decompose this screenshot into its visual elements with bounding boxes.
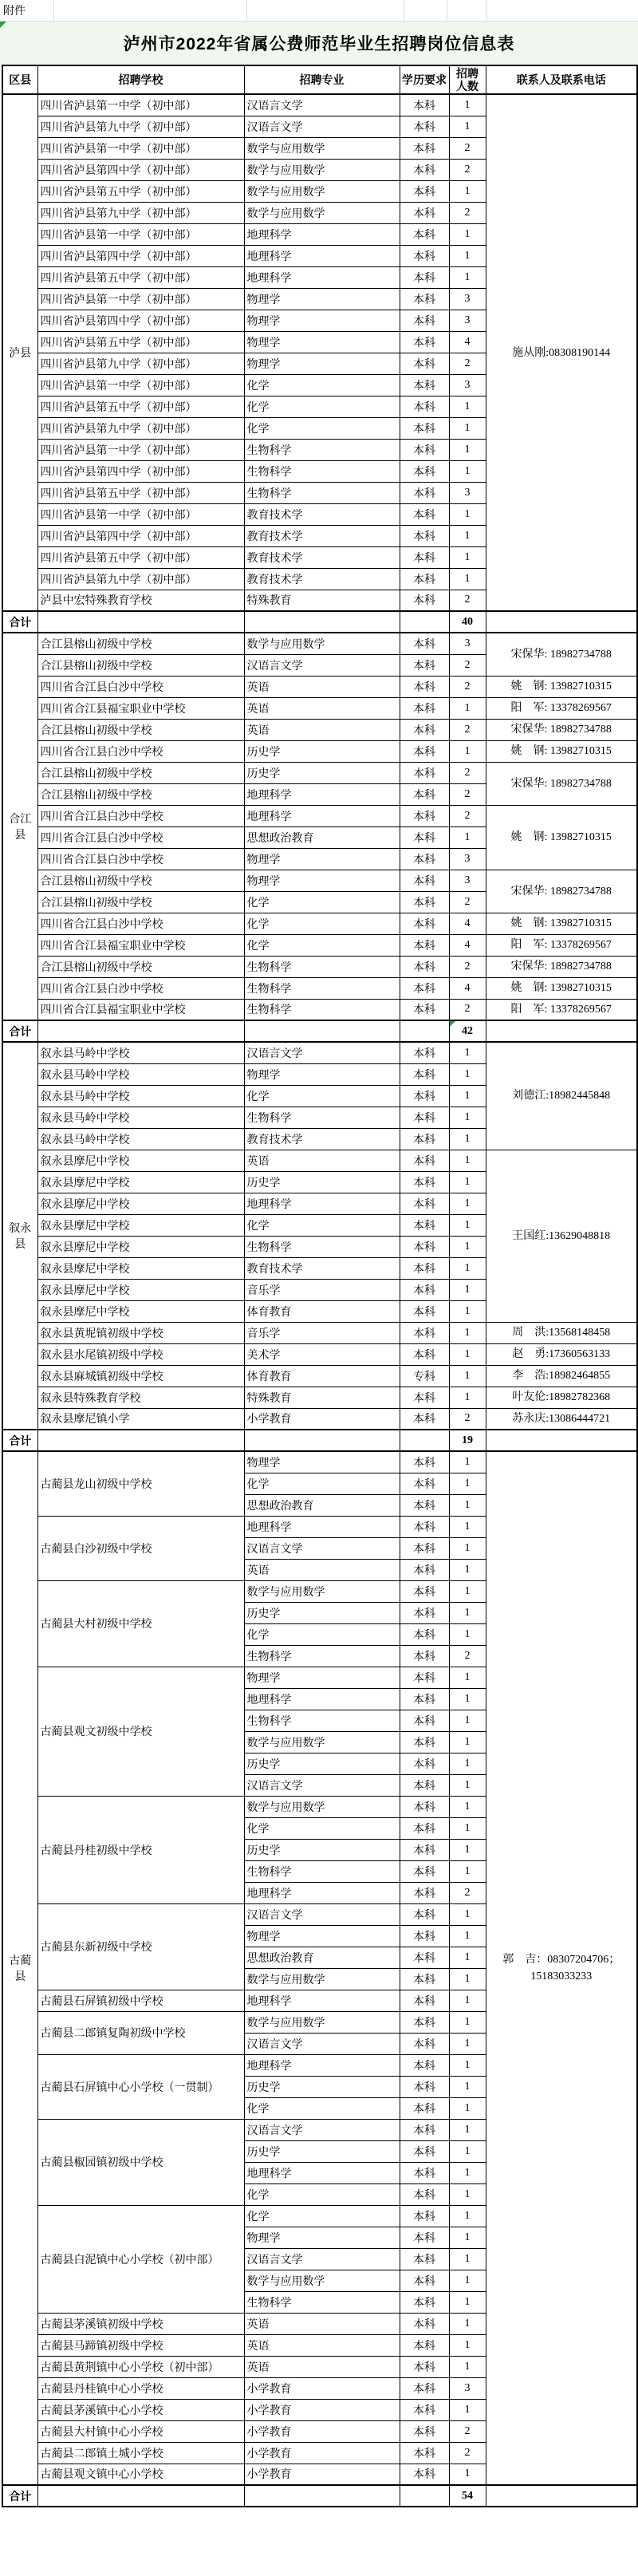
degree-cell: 本科	[400, 1343, 449, 1365]
school-cell: 四川省合江县白沙中学校	[37, 676, 244, 697]
major-cell: 历史学	[244, 1753, 400, 1774]
count-cell: 1	[449, 2248, 486, 2270]
school-cell: 合江县榕山初级中学校	[37, 870, 244, 891]
subtotal-count: 42	[449, 1020, 486, 1042]
count-cell: 1	[449, 525, 486, 546]
degree-cell: 本科	[400, 1085, 449, 1107]
major-cell: 汉语言文学	[244, 1774, 400, 1796]
degree-cell: 本科	[400, 2442, 449, 2464]
contact-cell: 宋保华: 18982734788	[486, 762, 637, 805]
school-cell: 四川省合江县福宝职业中学校	[37, 999, 244, 1020]
count-cell: 1	[449, 2119, 486, 2140]
school-cell: 四川省泸县第一中学（初中部）	[37, 137, 244, 159]
degree-cell: 本科	[400, 2399, 449, 2420]
degree-cell: 本科	[400, 1387, 449, 1408]
school-cell: 叙永县摩尼中学校	[37, 1214, 244, 1236]
school-cell: 叙永县摩尼中学校	[37, 1257, 244, 1279]
major-cell: 化学	[244, 417, 400, 439]
count-cell: 1	[449, 546, 486, 568]
major-cell: 英语	[244, 2356, 400, 2377]
count-cell: 2	[449, 676, 486, 697]
count-cell: 2	[449, 805, 486, 826]
count-cell: 2	[449, 762, 486, 783]
school-cell: 古蔺县白沙初级中学校	[37, 1516, 244, 1580]
count-cell: 1	[449, 1968, 486, 1990]
count-cell: 1	[449, 2291, 486, 2313]
major-cell: 物理学	[244, 1667, 400, 1688]
major-cell: 教育技术学	[244, 1257, 400, 1279]
count-cell: 1	[449, 1257, 486, 1279]
degree-cell: 本科	[400, 719, 449, 740]
count-cell: 1	[449, 1214, 486, 1236]
major-cell: 化学	[244, 891, 400, 913]
table-row: 合江县榕山初级中学校物理学本科3宋保华: 18982734788	[2, 870, 637, 891]
degree-cell: 本科	[400, 590, 449, 611]
attachment-label: 附件	[3, 2, 26, 18]
count-cell: 1	[449, 1063, 486, 1085]
major-cell: 汉语言文学	[244, 654, 400, 676]
school-cell: 叙永县马岭中学校	[37, 1063, 244, 1085]
school-cell: 叙永县马岭中学校	[37, 1107, 244, 1128]
school-cell: 古蔺县二郎镇复陶初级中学校	[37, 2011, 244, 2054]
school-cell: 古蔺县观文初级中学校	[37, 1667, 244, 1796]
degree-cell: 本科	[400, 2291, 449, 2313]
degree-cell: 本科	[400, 1322, 449, 1343]
count-cell: 1	[449, 1494, 486, 1516]
major-cell: 思想政治教育	[244, 1947, 400, 1968]
major-cell: 音乐学	[244, 1279, 400, 1300]
degree-cell: 本科	[400, 1882, 449, 1903]
degree-cell: 本科	[400, 266, 449, 288]
count-cell: 1	[449, 2097, 486, 2119]
degree-cell: 本科	[400, 2011, 449, 2033]
major-cell: 地理科学	[244, 805, 400, 826]
count-cell: 2	[449, 202, 486, 223]
major-cell: 数学与应用数学	[244, 159, 400, 180]
major-cell: 地理科学	[244, 1516, 400, 1537]
major-cell: 化学	[244, 934, 400, 956]
count-cell: 1	[449, 1387, 486, 1408]
subtotal-row: 合计40	[2, 611, 637, 633]
subtotal-count: 19	[449, 1430, 486, 1451]
major-cell: 生物科学	[244, 439, 400, 460]
school-cell: 合江县榕山初级中学校	[37, 783, 244, 805]
major-cell: 数学与应用数学	[244, 1580, 400, 1602]
degree-cell: 本科	[400, 826, 449, 848]
school-cell: 叙永县摩尼中学校	[37, 1300, 244, 1322]
count-cell: 1	[449, 1042, 486, 1063]
school-cell: 四川省泸县第五中学（初中部）	[37, 331, 244, 353]
major-cell: 小学教育	[244, 2399, 400, 2420]
contact-cell: 姚 钢: 13982710315	[486, 977, 637, 999]
count-cell: 3	[449, 870, 486, 891]
major-cell: 生物科学	[244, 977, 400, 999]
school-cell: 古蔺县石屏镇初级中学校	[37, 1990, 244, 2011]
degree-cell: 本科	[400, 223, 449, 245]
count-cell: 1	[449, 2270, 486, 2291]
degree-cell: 本科	[400, 1990, 449, 2011]
table-row: 叙永县麻城镇初级中学校体育教育专科1李 浩:18982464855	[2, 1365, 637, 1387]
major-cell: 历史学	[244, 2140, 400, 2162]
count-cell: 1	[449, 2205, 486, 2227]
count-cell: 1	[449, 1667, 486, 1688]
contact-cell: 叶友伦:18982782368	[486, 1387, 637, 1408]
count-cell: 2	[449, 590, 486, 611]
count-cell: 1	[449, 1796, 486, 1817]
major-cell: 化学	[244, 1085, 400, 1107]
degree-cell: 本科	[400, 1257, 449, 1279]
major-cell: 生物科学	[244, 1860, 400, 1882]
count-cell: 1	[449, 1688, 486, 1710]
subtotal-count: 40	[449, 611, 486, 633]
degree-cell: 本科	[400, 783, 449, 805]
major-cell: 历史学	[244, 740, 400, 762]
contact-cell: 宋保华: 18982734788	[486, 870, 637, 913]
count-cell: 1	[449, 2162, 486, 2183]
count-cell: 1	[449, 2334, 486, 2356]
contact-cell: 赵 勇:17360563133	[486, 1343, 637, 1365]
count-cell: 1	[449, 1990, 486, 2011]
count-cell: 2	[449, 1645, 486, 1667]
degree-cell: 本科	[400, 2356, 449, 2377]
major-cell: 英语	[244, 697, 400, 719]
county-cell: 合江县	[2, 633, 37, 1020]
count-cell: 1	[449, 94, 486, 116]
school-cell: 叙永县摩尼中学校	[37, 1279, 244, 1300]
degree-cell: 本科	[400, 633, 449, 654]
table-row: 叙永县摩尼中学校英语本科1王国红:13629048818	[2, 1150, 637, 1171]
col-header-contact: 联系人及联系电话	[486, 65, 637, 94]
major-cell: 小学教育	[244, 2464, 400, 2485]
contact-cell: 阳 军: 13378269567	[486, 697, 637, 719]
empty-cell	[400, 1020, 449, 1042]
count-cell: 1	[449, 1710, 486, 1731]
major-cell: 生物科学	[244, 1236, 400, 1257]
degree-cell: 本科	[400, 1968, 449, 1990]
contact-cell: 周 洪:13568148458	[486, 1322, 637, 1343]
major-cell: 物理学	[244, 848, 400, 870]
school-cell: 叙永县摩尼中学校	[37, 1193, 244, 1214]
degree-cell: 本科	[400, 848, 449, 870]
count-cell: 1	[449, 223, 486, 245]
empty-cell	[400, 2485, 449, 2507]
degree-cell: 本科	[400, 568, 449, 590]
degree-cell: 本科	[400, 245, 449, 266]
major-cell: 生物科学	[244, 956, 400, 977]
major-cell: 化学	[244, 2205, 400, 2227]
count-cell: 1	[449, 1559, 486, 1580]
major-cell: 音乐学	[244, 1322, 400, 1343]
count-cell: 2	[449, 891, 486, 913]
school-cell: 合江县榕山初级中学校	[37, 891, 244, 913]
count-cell: 2	[449, 999, 486, 1020]
degree-cell: 本科	[400, 2140, 449, 2162]
degree-cell: 本科	[400, 1623, 449, 1645]
degree-cell: 本科	[400, 870, 449, 891]
major-cell: 物理学	[244, 2227, 400, 2248]
school-cell: 四川省泸县第一中学（初中部）	[37, 288, 244, 310]
major-cell: 小学教育	[244, 2442, 400, 2464]
degree-cell: 本科	[400, 331, 449, 353]
school-cell: 四川省泸县第一中学（初中部）	[37, 439, 244, 460]
table-row: 叙永县叙永县马岭中学校汉语言文学本科1刘德江:18982445848	[2, 1042, 637, 1063]
major-cell: 化学	[244, 1473, 400, 1494]
degree-cell: 本科	[400, 546, 449, 568]
degree-cell: 本科	[400, 1645, 449, 1667]
degree-cell: 本科	[400, 697, 449, 719]
degree-cell: 本科	[400, 999, 449, 1020]
major-cell: 数学与应用数学	[244, 1796, 400, 1817]
degree-cell: 本科	[400, 805, 449, 826]
degree-cell: 本科	[400, 1516, 449, 1537]
table-row: 四川省合江县白沙中学校生物科学本科4姚 钢: 13982710315	[2, 977, 637, 999]
degree-cell: 本科	[400, 116, 449, 137]
degree-cell: 本科	[400, 1171, 449, 1193]
count-cell: 1	[449, 2399, 486, 2420]
count-cell: 3	[449, 633, 486, 654]
major-cell: 汉语言文学	[244, 2033, 400, 2054]
contact-cell: 姚 钢: 13982710315	[486, 805, 637, 870]
major-cell: 英语	[244, 2313, 400, 2334]
school-cell: 四川省合江县福宝职业中学校	[37, 934, 244, 956]
degree-cell: 本科	[400, 934, 449, 956]
major-cell: 化学	[244, 1817, 400, 1839]
degree-cell: 本科	[400, 1947, 449, 1968]
major-cell: 生物科学	[244, 1710, 400, 1731]
count-cell: 1	[449, 2140, 486, 2162]
table-row: 叙永县摩尼镇小学小学教育本科2苏永庆:13086444721	[2, 1408, 637, 1430]
page-title: 泸州市2022年省属公费师范毕业生招聘岗位信息表	[124, 31, 515, 55]
count-cell: 1	[449, 2356, 486, 2377]
major-cell: 历史学	[244, 1171, 400, 1193]
school-cell: 叙永县水尾镇初级中学校	[37, 1343, 244, 1365]
school-cell: 四川省泸县第九中学（初中部）	[37, 568, 244, 590]
major-cell: 汉语言文学	[244, 1042, 400, 1063]
contact-cell: 姚 钢: 13982710315	[486, 740, 637, 762]
major-cell: 体育教育	[244, 1365, 400, 1387]
major-cell: 特殊教育	[244, 590, 400, 611]
school-cell: 四川省泸县第四中学（初中部）	[37, 159, 244, 180]
degree-cell: 本科	[400, 1451, 449, 1473]
count-cell: 1	[449, 396, 486, 417]
degree-cell: 本科	[400, 2313, 449, 2334]
count-cell: 1	[449, 1839, 486, 1860]
major-cell: 历史学	[244, 1602, 400, 1623]
contact-cell: 苏永庆:13086444721	[486, 1408, 637, 1430]
degree-cell: 本科	[400, 913, 449, 934]
count-cell: 1	[449, 2227, 486, 2248]
degree-cell: 本科	[400, 1473, 449, 1494]
title-row: 泸州市2022年省属公费师范毕业生招聘岗位信息表	[0, 22, 638, 65]
contact-cell: 姚 钢: 13982710315	[486, 913, 637, 934]
degree-cell: 本科	[400, 417, 449, 439]
degree-cell: 本科	[400, 2162, 449, 2183]
school-cell: 叙永县摩尼镇小学	[37, 1408, 244, 1430]
major-cell: 教育技术学	[244, 503, 400, 525]
col-header-major: 招聘专业	[244, 65, 400, 94]
school-cell: 四川省合江县白沙中学校	[37, 740, 244, 762]
count-cell: 1	[449, 1322, 486, 1343]
major-cell: 地理科学	[244, 2162, 400, 2183]
school-cell: 古蔺县丹桂镇中心小学校	[37, 2377, 244, 2399]
count-cell: 1	[449, 568, 486, 590]
major-cell: 数学与应用数学	[244, 1968, 400, 1990]
degree-cell: 本科	[400, 353, 449, 374]
count-cell: 3	[449, 310, 486, 331]
major-cell: 数学与应用数学	[244, 2270, 400, 2291]
table-row: 四川省合江县白沙中学校英语本科2姚 钢: 13982710315	[2, 676, 637, 697]
school-cell: 叙永县摩尼中学校	[37, 1236, 244, 1257]
degree-cell: 本科	[400, 525, 449, 546]
school-cell: 四川省泸县第五中学（初中部）	[37, 546, 244, 568]
table-row: 四川省合江县白沙中学校化学本科4姚 钢: 13982710315	[2, 913, 637, 934]
count-cell: 1	[449, 1602, 486, 1623]
count-cell: 1	[449, 1774, 486, 1796]
count-cell: 3	[449, 2377, 486, 2399]
table-row: 合江县榕山初级中学校生物科学本科2宋保华: 18982734788	[2, 956, 637, 977]
school-cell: 四川省合江县白沙中学校	[37, 977, 244, 999]
header-row: 区县 招聘学校 招聘专业 学历要求 招聘人数 联系人及联系电话	[2, 65, 637, 94]
grid-cell	[54, 0, 247, 21]
major-cell: 美术学	[244, 1343, 400, 1365]
col-header-county: 区县	[2, 65, 37, 94]
count-cell: 3	[449, 374, 486, 396]
table-row: 泸县四川省泸县第一中学（初中部）汉语言文学本科1施从刚:08308190144	[2, 94, 637, 116]
major-cell: 物理学	[244, 353, 400, 374]
comment-marker-icon	[450, 1021, 455, 1027]
school-cell: 四川省合江县白沙中学校	[37, 913, 244, 934]
degree-cell: 本科	[400, 2054, 449, 2076]
subtotal-label: 合计	[2, 611, 37, 633]
degree-cell: 本科	[400, 460, 449, 482]
count-cell: 1	[449, 1947, 486, 1968]
degree-cell: 本科	[400, 1128, 449, 1150]
count-cell: 1	[449, 1193, 486, 1214]
degree-cell: 本科	[400, 1903, 449, 1925]
major-cell: 物理学	[244, 310, 400, 331]
major-cell: 数学与应用数学	[244, 137, 400, 159]
col-header-school: 招聘学校	[37, 65, 244, 94]
school-cell: 四川省泸县第一中学（初中部）	[37, 223, 244, 245]
degree-cell: 本科	[400, 2205, 449, 2227]
school-cell: 古蔺县黄荆镇中心小学校（初中部）	[37, 2356, 244, 2377]
empty-cell	[400, 611, 449, 633]
count-cell: 1	[449, 1343, 486, 1365]
table-row: 四川省合江县福宝职业中学校生物科学本科2阳 军: 13378269567	[2, 999, 637, 1020]
school-cell: 四川省泸县第九中学（初中部）	[37, 116, 244, 137]
count-cell: 1	[449, 1623, 486, 1645]
count-cell: 1	[449, 1150, 486, 1171]
degree-cell: 本科	[400, 159, 449, 180]
major-cell: 物理学	[244, 870, 400, 891]
degree-cell: 本科	[400, 1559, 449, 1580]
count-cell: 1	[449, 1128, 486, 1150]
degree-cell: 本科	[400, 94, 449, 116]
count-cell: 1	[449, 1753, 486, 1774]
school-cell: 古蔺县石屏镇中心小学校（一贯制）	[37, 2054, 244, 2119]
school-cell: 合江县榕山初级中学校	[37, 633, 244, 654]
count-cell: 2	[449, 1882, 486, 1903]
empty-cell	[486, 1430, 637, 1451]
school-cell: 四川省泸县第四中学（初中部）	[37, 245, 244, 266]
degree-cell: 本科	[400, 202, 449, 223]
major-cell: 数学与应用数学	[244, 202, 400, 223]
major-cell: 生物科学	[244, 460, 400, 482]
degree-cell: 本科	[400, 374, 449, 396]
count-cell: 2	[449, 2420, 486, 2442]
contact-cell: 刘德江:18982445848	[486, 1042, 637, 1150]
major-cell: 教育技术学	[244, 1128, 400, 1150]
major-cell: 小学教育	[244, 2377, 400, 2399]
count-cell: 1	[449, 1903, 486, 1925]
contact-cell: 王国红:13629048818	[486, 1150, 637, 1322]
degree-cell: 本科	[400, 396, 449, 417]
major-cell: 历史学	[244, 762, 400, 783]
major-cell: 物理学	[244, 331, 400, 353]
degree-cell: 本科	[400, 1300, 449, 1322]
grid-cell	[487, 0, 638, 21]
empty-cell	[400, 1430, 449, 1451]
school-cell: 四川省泸县第一中学（初中部）	[37, 94, 244, 116]
school-cell: 叙永县摩尼中学校	[37, 1150, 244, 1171]
school-cell: 四川省泸县第五中学（初中部）	[37, 180, 244, 202]
empty-cell	[37, 1430, 244, 1451]
degree-cell: 本科	[400, 1408, 449, 1430]
county-cell: 叙永县	[2, 1042, 37, 1430]
count-cell: 1	[449, 1473, 486, 1494]
comment-marker-icon	[0, 22, 6, 28]
major-cell: 汉语言文学	[244, 2248, 400, 2270]
degree-cell: 本科	[400, 676, 449, 697]
major-cell: 思想政治教育	[244, 826, 400, 848]
school-cell: 叙永县特殊教育学校	[37, 1387, 244, 1408]
count-cell: 1	[449, 1300, 486, 1322]
count-cell: 1	[449, 1279, 486, 1300]
degree-cell: 本科	[400, 1860, 449, 1882]
school-cell: 泸县中宏特殊教育学校	[37, 590, 244, 611]
count-cell: 1	[449, 417, 486, 439]
count-cell: 1	[449, 826, 486, 848]
contact-cell: 李 浩:18982464855	[486, 1365, 637, 1387]
count-cell: 1	[449, 245, 486, 266]
major-cell: 化学	[244, 2097, 400, 2119]
count-cell: 1	[449, 503, 486, 525]
degree-cell: 专科	[400, 1365, 449, 1387]
degree-cell: 本科	[400, 1817, 449, 1839]
table-row: 四川省合江县白沙中学校地理科学本科2姚 钢: 13982710315	[2, 805, 637, 826]
school-cell: 叙永县马岭中学校	[37, 1042, 244, 1063]
major-cell: 汉语言文学	[244, 1537, 400, 1559]
empty-cell	[486, 1020, 637, 1042]
table-row: 叙永县水尾镇初级中学校美术学本科1赵 勇:17360563133	[2, 1343, 637, 1365]
major-cell: 英语	[244, 676, 400, 697]
school-cell: 古蔺县茅溪镇中心小学校	[37, 2399, 244, 2420]
school-cell: 四川省合江县白沙中学校	[37, 848, 244, 870]
count-cell: 3	[449, 482, 486, 503]
major-cell: 英语	[244, 2334, 400, 2356]
major-cell: 地理科学	[244, 245, 400, 266]
spreadsheet-page: 附件 泸州市2022年省属公费师范毕业生招聘岗位信息表 区县 招聘学校 招聘专业…	[0, 0, 638, 2507]
school-cell: 古蔺县观文镇中心小学校	[37, 2464, 244, 2485]
count-cell: 1	[449, 1925, 486, 1947]
degree-cell: 本科	[400, 1667, 449, 1688]
degree-cell: 本科	[400, 2377, 449, 2399]
table-row: 四川省合江县福宝职业中学校英语本科1阳 军: 13378269567	[2, 697, 637, 719]
count-cell: 1	[449, 2464, 486, 2485]
count-cell: 1	[449, 2011, 486, 2033]
degree-cell: 本科	[400, 1602, 449, 1623]
major-cell: 汉语言文学	[244, 2119, 400, 2140]
